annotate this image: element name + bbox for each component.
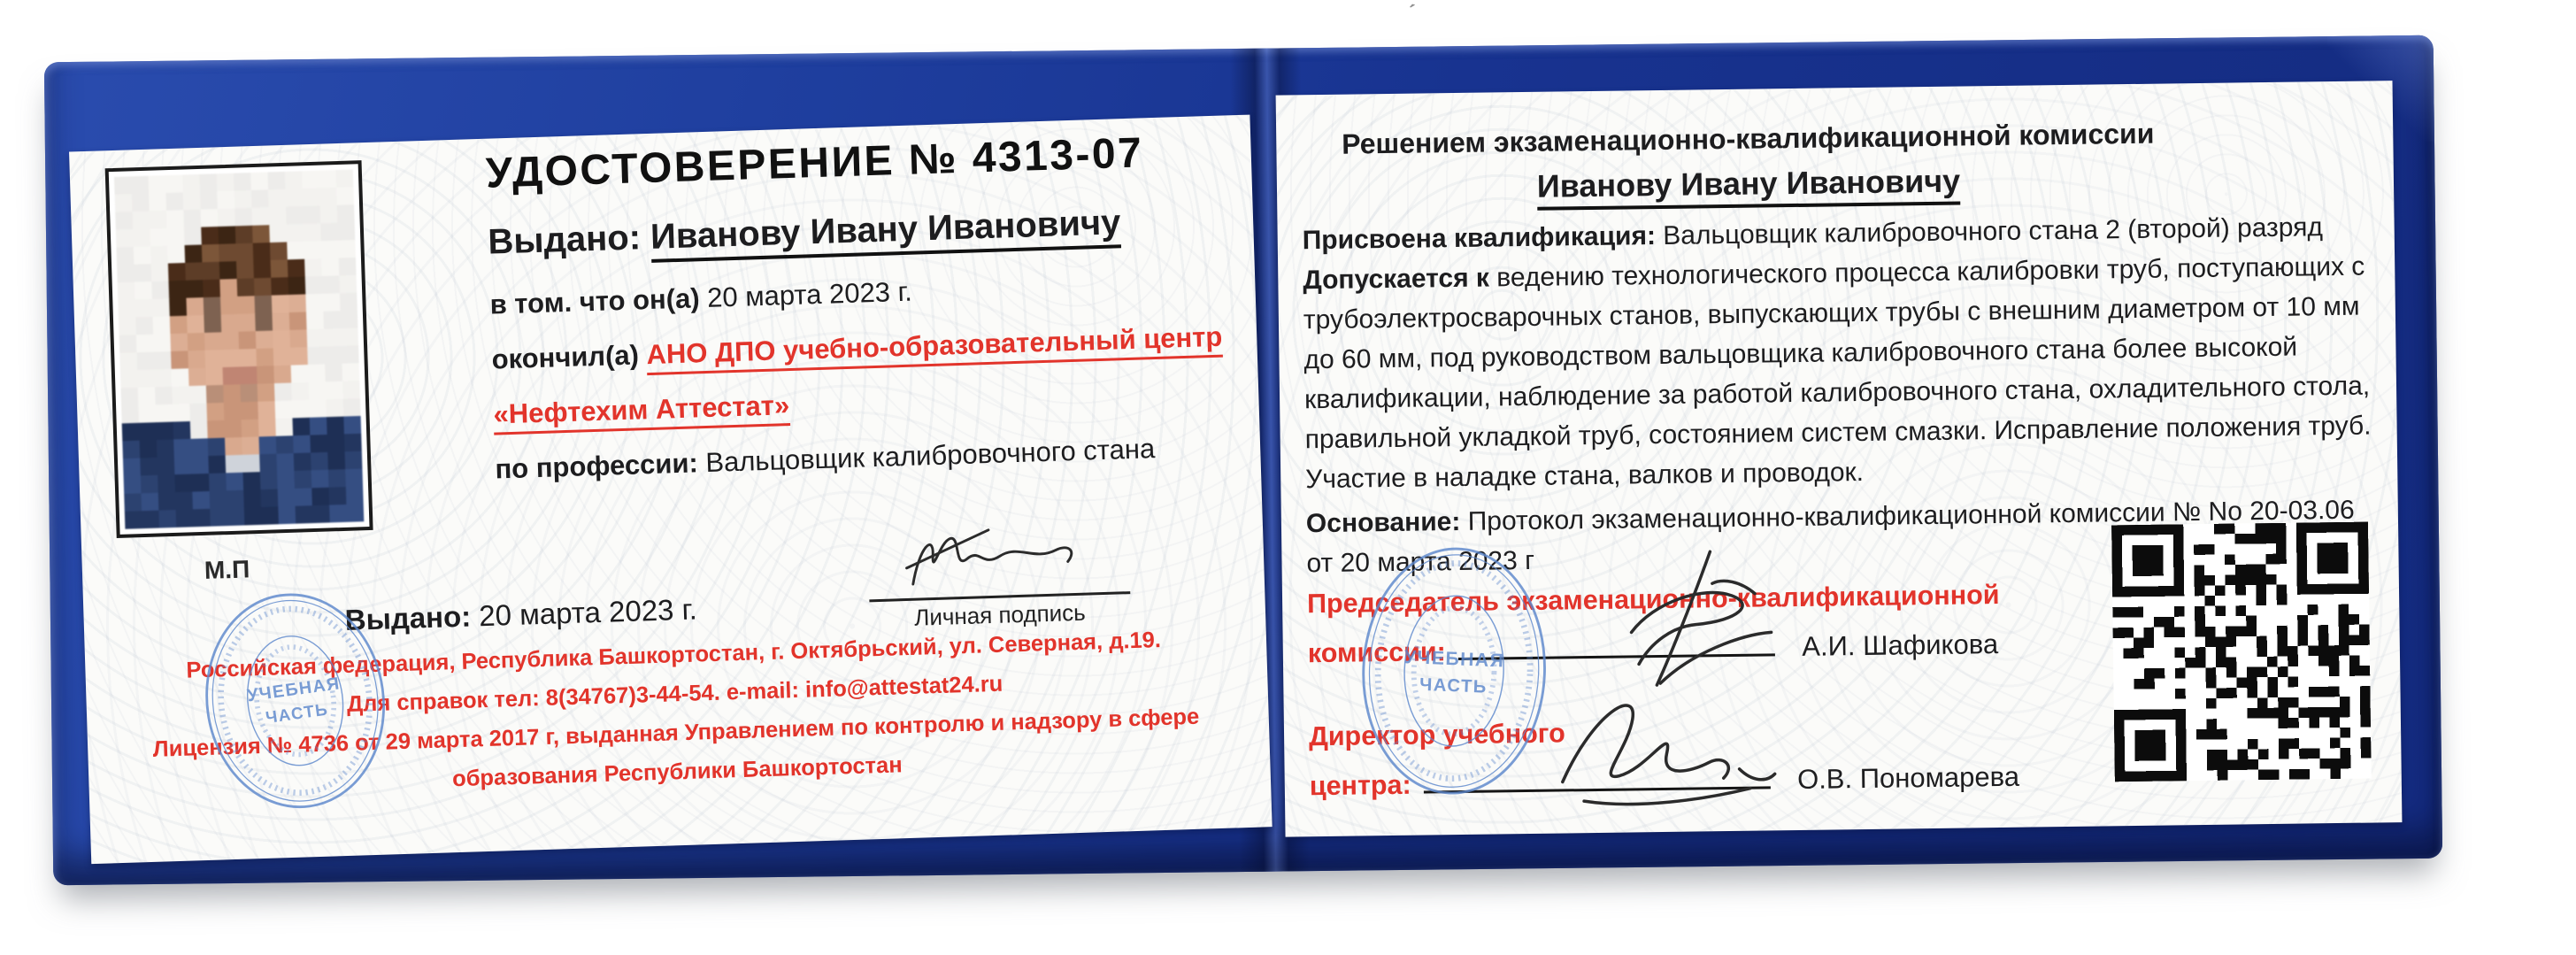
finished-label: окончил(а): [491, 339, 639, 374]
profession-row: по профессии: Вальцовщик калибровочного …: [495, 430, 1230, 485]
issued-label: Выдано:: [488, 218, 642, 261]
qualification-value: Вальцовщик калибровочного стана 2 (второ…: [1663, 212, 2323, 250]
stamp-text-line2: ЧАСТЬ: [265, 700, 330, 727]
qualification-label: Присвоена квалификация:: [1303, 221, 1657, 255]
photo-frame: [105, 160, 373, 538]
verification-qr-code: [2111, 522, 2372, 782]
round-stamp-left: УЧЕБНАЯ ЧАСТЬ: [185, 575, 405, 826]
scan-artifact: ˊ: [1402, 0, 1418, 31]
scanned-certificate-background: ˊ М.П УДОСТОВЕРЕНИЕ № 4313-07 Выдано: Ив…: [0, 0, 2576, 955]
training-center-name-line1: АНО ДПО учебно-образовательный центр: [646, 321, 1223, 375]
personal-signature-scribble: [882, 516, 1115, 605]
certificate-right-page: Решением экзаменационно-квалификационной…: [1276, 81, 2403, 836]
commission-decision-header: Решением экзаменационно-квалификационной…: [1301, 117, 2195, 161]
issued-to-row: Выдано: Иванову Ивану Ивановичу: [488, 200, 1223, 263]
stamp-text-line2: ЧАСТЬ: [1419, 675, 1488, 697]
holder-name-right: Иванову Ивану Ивановичу: [1537, 163, 1961, 211]
certificate-booklet-cover: М.П УДОСТОВЕРЕНИЕ № 4313-07 Выдано: Иван…: [44, 35, 2442, 886]
attest-label: в том. что он(а): [489, 282, 700, 320]
finished-row: окончил(а) АНО ДПО учебно-образовательны…: [491, 321, 1226, 376]
stamp-text-line1: УЧЕБНАЯ: [1403, 647, 1504, 671]
left-page-text-block: УДОСТОВЕРЕНИЕ № 4313-07 Выдано: Иванову …: [485, 127, 1230, 509]
holder-name-row: Иванову Ивану Ивановичу: [1302, 159, 2195, 208]
basis-label: Основание:: [1306, 507, 1461, 538]
attest-date: 20 марта 2023 г.: [707, 276, 913, 313]
training-center-name-line2: «Нефтехим Аттестат»: [493, 389, 790, 435]
director-name: О.В. Пономарева: [1797, 761, 2019, 795]
issue-date-value: 20 марта 2023 г.: [479, 592, 698, 632]
attest-row: в том. что он(а) 20 марта 2023 г.: [489, 266, 1225, 321]
personal-signature-block: Личная подпись: [865, 515, 1134, 633]
certificate-left-page: М.П УДОСТОВЕРЕНИЕ № 4313-07 Выдано: Иван…: [69, 115, 1273, 865]
issue-date-row: Выдано: 20 марта 2023 г.: [344, 592, 697, 636]
certificate-title: УДОСТОВЕРЕНИЕ № 4313-07: [485, 127, 1220, 198]
center-name-row2: «Нефтехим Аттестат»: [493, 376, 1228, 431]
stamp-text-line1: УЧЕБНАЯ: [246, 674, 342, 705]
seal-place-mark: М.П: [204, 555, 250, 585]
round-stamp-right: УЧЕБНАЯ ЧАСТЬ: [1350, 536, 1557, 805]
chairman-name: А.И. Шафикова: [1802, 628, 1998, 662]
holder-photo: [114, 169, 364, 528]
profession-label: по профессии:: [495, 447, 698, 484]
admitted-label: Допускается к: [1303, 264, 1489, 296]
qualification-paragraph: Присвоена квалификация: Вальцовщик калиб…: [1302, 206, 2383, 499]
holder-name: Иванову Ивану Ивановичу: [650, 203, 1121, 263]
profession-value: Вальцовщик калибровочного стана: [705, 433, 1156, 478]
